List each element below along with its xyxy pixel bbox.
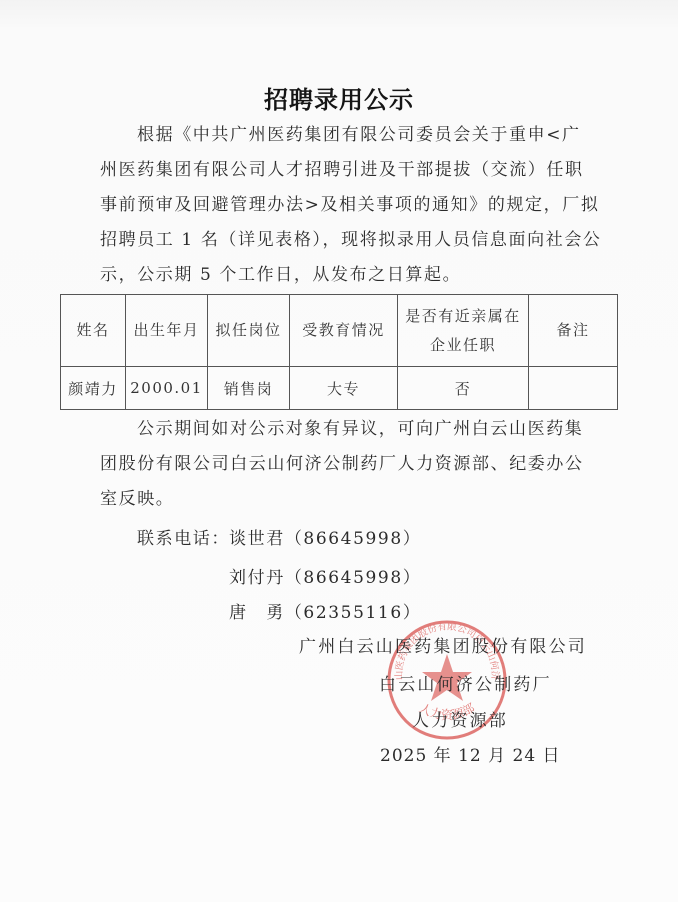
table-header-row: 姓名 出生年月 拟任岗位 受教育情况 是否有近亲属在 企业任职 备注 <box>61 295 618 367</box>
document-title: 招聘录用公示 <box>0 80 678 115</box>
objection-line: 公示期间如对公示对象有异议，可向广州白云山医药集 <box>100 412 584 447</box>
signature-factory: 白云山何济公制药厂 <box>379 670 552 695</box>
header-position: 拟任岗位 <box>208 295 290 367</box>
document-page: 招聘录用公示 根据《中共广州医药集团有限公司委员会关于重申<广 州医药集团有限公… <box>0 0 678 902</box>
signature-date: 2025 年 12 月 24 日 <box>380 741 561 766</box>
contact-entry: 刘付丹（86645998） <box>229 563 421 588</box>
contact-label: 联系电话： <box>137 524 230 549</box>
header-name: 姓名 <box>61 295 126 367</box>
intro-line: 州医药集团有限公司人才招聘引进及干部提拔（交流）任职 <box>100 153 602 188</box>
contact-name: 谈世君 <box>229 529 285 549</box>
contact-phone: （86645998） <box>285 568 422 588</box>
header-relatives: 是否有近亲属在 企业任职 <box>398 295 529 367</box>
intro-line: 示，公示期 5 个工作日，从发布之日算起。 <box>100 258 602 293</box>
cell-remarks <box>529 367 618 410</box>
header-education: 受教育情况 <box>290 295 398 367</box>
cell-name: 颜靖力 <box>61 367 126 410</box>
signature-department: 人力资源部 <box>412 706 508 731</box>
table-row: 颜靖力 2000.01 销售岗 大专 否 <box>61 367 618 410</box>
objection-paragraph: 公示期间如对公示对象有异议，可向广州白云山医药集 团股份有限公司白云山何济公制药… <box>100 412 584 517</box>
header-remarks: 备注 <box>529 295 618 367</box>
contact-name: 唐 勇 <box>229 603 285 623</box>
header-birth: 出生年月 <box>126 295 208 367</box>
intro-line: 根据《中共广州医药集团有限公司委员会关于重申<广 <box>100 118 602 153</box>
cell-birth: 2000.01 <box>126 367 208 410</box>
contact-name: 刘付丹 <box>229 568 285 588</box>
cell-relatives: 否 <box>398 367 529 410</box>
signature-company: 广州白云山医药集团股份有限公司 <box>299 632 587 657</box>
cell-position: 销售岗 <box>208 367 290 410</box>
intro-line: 事前预审及回避管理办法>及相关事项的通知》的规定，厂拟 <box>100 188 602 223</box>
header-relatives-line2: 企业任职 <box>430 336 496 354</box>
intro-paragraph: 根据《中共广州医药集团有限公司委员会关于重申<广 州医药集团有限公司人才招聘引进… <box>100 118 602 293</box>
intro-line: 招聘员工 1 名（详见表格），现将拟录用人员信息面向社会公 <box>100 223 602 258</box>
hiring-table: 姓名 出生年月 拟任岗位 受教育情况 是否有近亲属在 企业任职 备注 颜靖力 2… <box>60 294 618 410</box>
contact-phone: （86645998） <box>285 529 422 549</box>
contact-entry: 谈世君（86645998） <box>229 524 421 549</box>
header-relatives-line1: 是否有近亲属在 <box>405 307 521 325</box>
cell-education: 大专 <box>290 367 398 410</box>
objection-line: 团股份有限公司白云山何济公制药厂人力资源部、纪委办公 <box>100 447 584 482</box>
objection-line: 室反映。 <box>100 482 584 517</box>
